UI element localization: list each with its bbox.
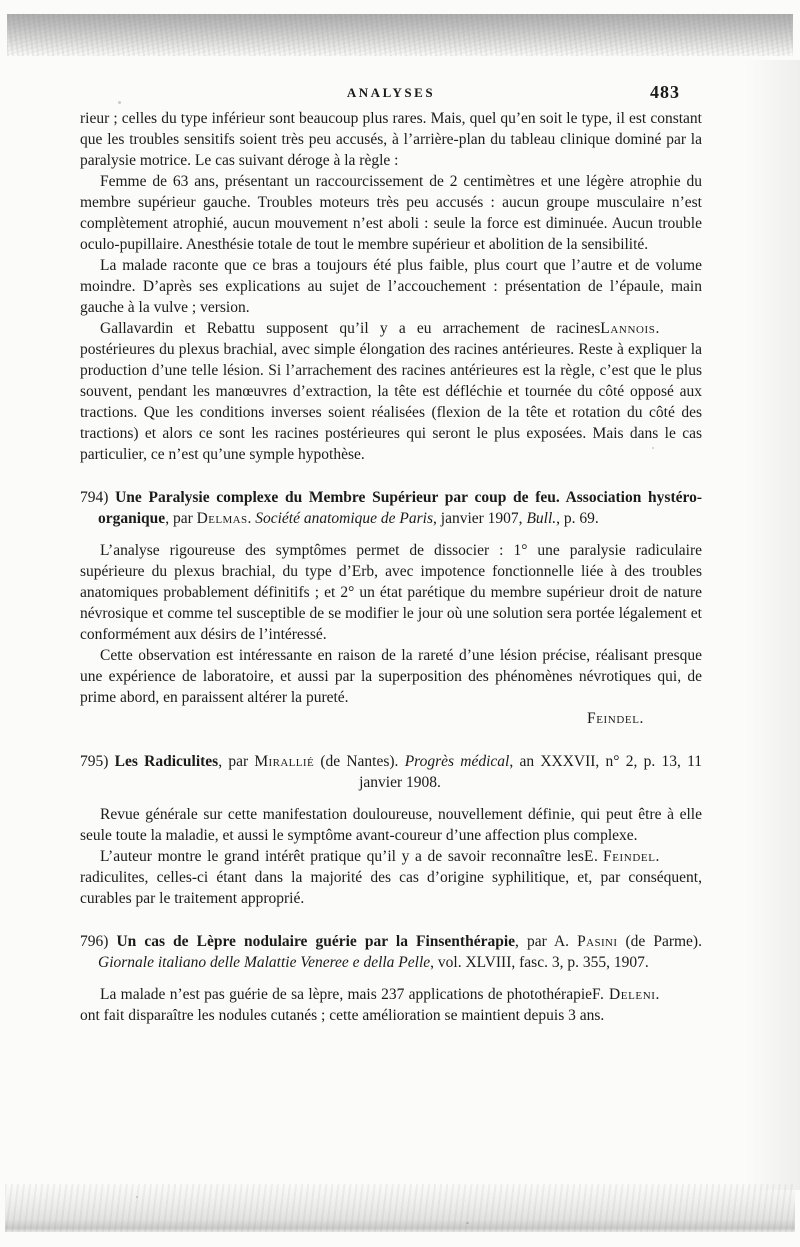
signature: Lannois. <box>600 318 660 339</box>
text-run: Cette observation est intéressante en ra… <box>80 647 702 706</box>
signature: F. Deleni. <box>592 984 660 1005</box>
case-description-paragraph: Femme de 63 ans, présentant un raccourci… <box>80 171 702 255</box>
text-run: Delmas <box>197 510 248 527</box>
text-run: Pasini <box>577 933 617 950</box>
patient-history-paragraph: La malade raconte que ce bras a toujours… <box>80 255 702 318</box>
scanned-page: ANALYSES 483 rieur ; celles du type infé… <box>0 0 800 1247</box>
text-run: , par <box>165 510 196 527</box>
text-run: Femme de 63 ans, présentant un raccourci… <box>80 173 702 253</box>
text-run: , vol. XLVIII, fasc. 3, p. 355, 1907. <box>430 954 649 971</box>
signature: Feindel. <box>587 710 644 727</box>
discussion-paragraph: Lannois.Gallavardin et Rebattu supposent… <box>80 318 702 465</box>
text-run: , par A. <box>515 933 577 950</box>
text-run: 795) <box>80 753 115 770</box>
continuation-paragraph: rieur ; celles du type inférieur sont be… <box>80 108 702 171</box>
text-run: , par <box>218 753 254 770</box>
entry-795-heading: 795) Les Radiculites, par Mirallié (de N… <box>80 751 702 793</box>
text-run: Un cas de Lèpre nodulaire guérie par la … <box>116 933 515 950</box>
text-run: Bull. <box>526 510 556 527</box>
text-run: Les Radiculites <box>115 753 219 770</box>
entry-794-signature: Feindel. <box>80 708 702 729</box>
scan-grain-top <box>7 14 793 56</box>
text-run: Progrès médical <box>405 753 510 770</box>
entry-794-comment-paragraph: Cette observation est intéressante en ra… <box>80 645 702 708</box>
entry-794-heading: 794) Une Paralysie complexe du Membre Su… <box>80 487 702 529</box>
text-run: Revue générale sur cette manifestation d… <box>80 806 702 844</box>
text-run: Mirallié <box>254 753 314 770</box>
text-run: 796) <box>80 933 116 950</box>
scan-speck <box>136 1196 138 1198</box>
text-run: (de Nantes). <box>314 753 405 770</box>
text-run: Société anatomique de Paris <box>255 510 433 527</box>
page-header: ANALYSES 483 <box>80 85 702 107</box>
text-block: rieur ; celles du type inférieur sont be… <box>80 108 702 1026</box>
text-run: , p. 69. <box>556 510 599 527</box>
text-run: Giornale italiano delle Malattie Veneree… <box>98 954 430 971</box>
text-run: La malade n’est pas guérie de sa lèpre, … <box>80 986 604 1024</box>
entry-796-heading: 796) Un cas de Lèpre nodulaire guérie pa… <box>80 931 702 973</box>
entry-795-comment-paragraph: E. Feindel.L’auteur montre le grand inté… <box>80 846 702 909</box>
text-run: rieur ; celles du type inférieur sont be… <box>80 110 702 169</box>
text-run: Gallavardin et Rebattu supposent qu’il y… <box>80 320 702 463</box>
running-title: ANALYSES <box>80 85 702 101</box>
entry-796-summary-paragraph: F. Deleni.La malade n’est pas guérie de … <box>80 984 702 1026</box>
scan-grain-bottom <box>5 1184 795 1232</box>
scan-shading-right <box>745 60 800 1190</box>
signature: E. Feindel. <box>584 846 660 867</box>
text-run: La malade raconte que ce bras a toujours… <box>80 257 702 316</box>
text-run: 794) <box>80 489 115 506</box>
text-run: , janvier 1907, <box>433 510 526 527</box>
page-number: 483 <box>650 82 680 103</box>
entry-794-analysis-paragraph: L’analyse rigoureuse des symptômes perme… <box>80 540 702 645</box>
scan-speck <box>466 1222 469 1224</box>
entry-795-summary-paragraph: Revue générale sur cette manifestation d… <box>80 804 702 846</box>
text-run: (de Parme). <box>617 933 702 950</box>
text-run: L’analyse rigoureuse des symptômes perme… <box>80 542 702 643</box>
